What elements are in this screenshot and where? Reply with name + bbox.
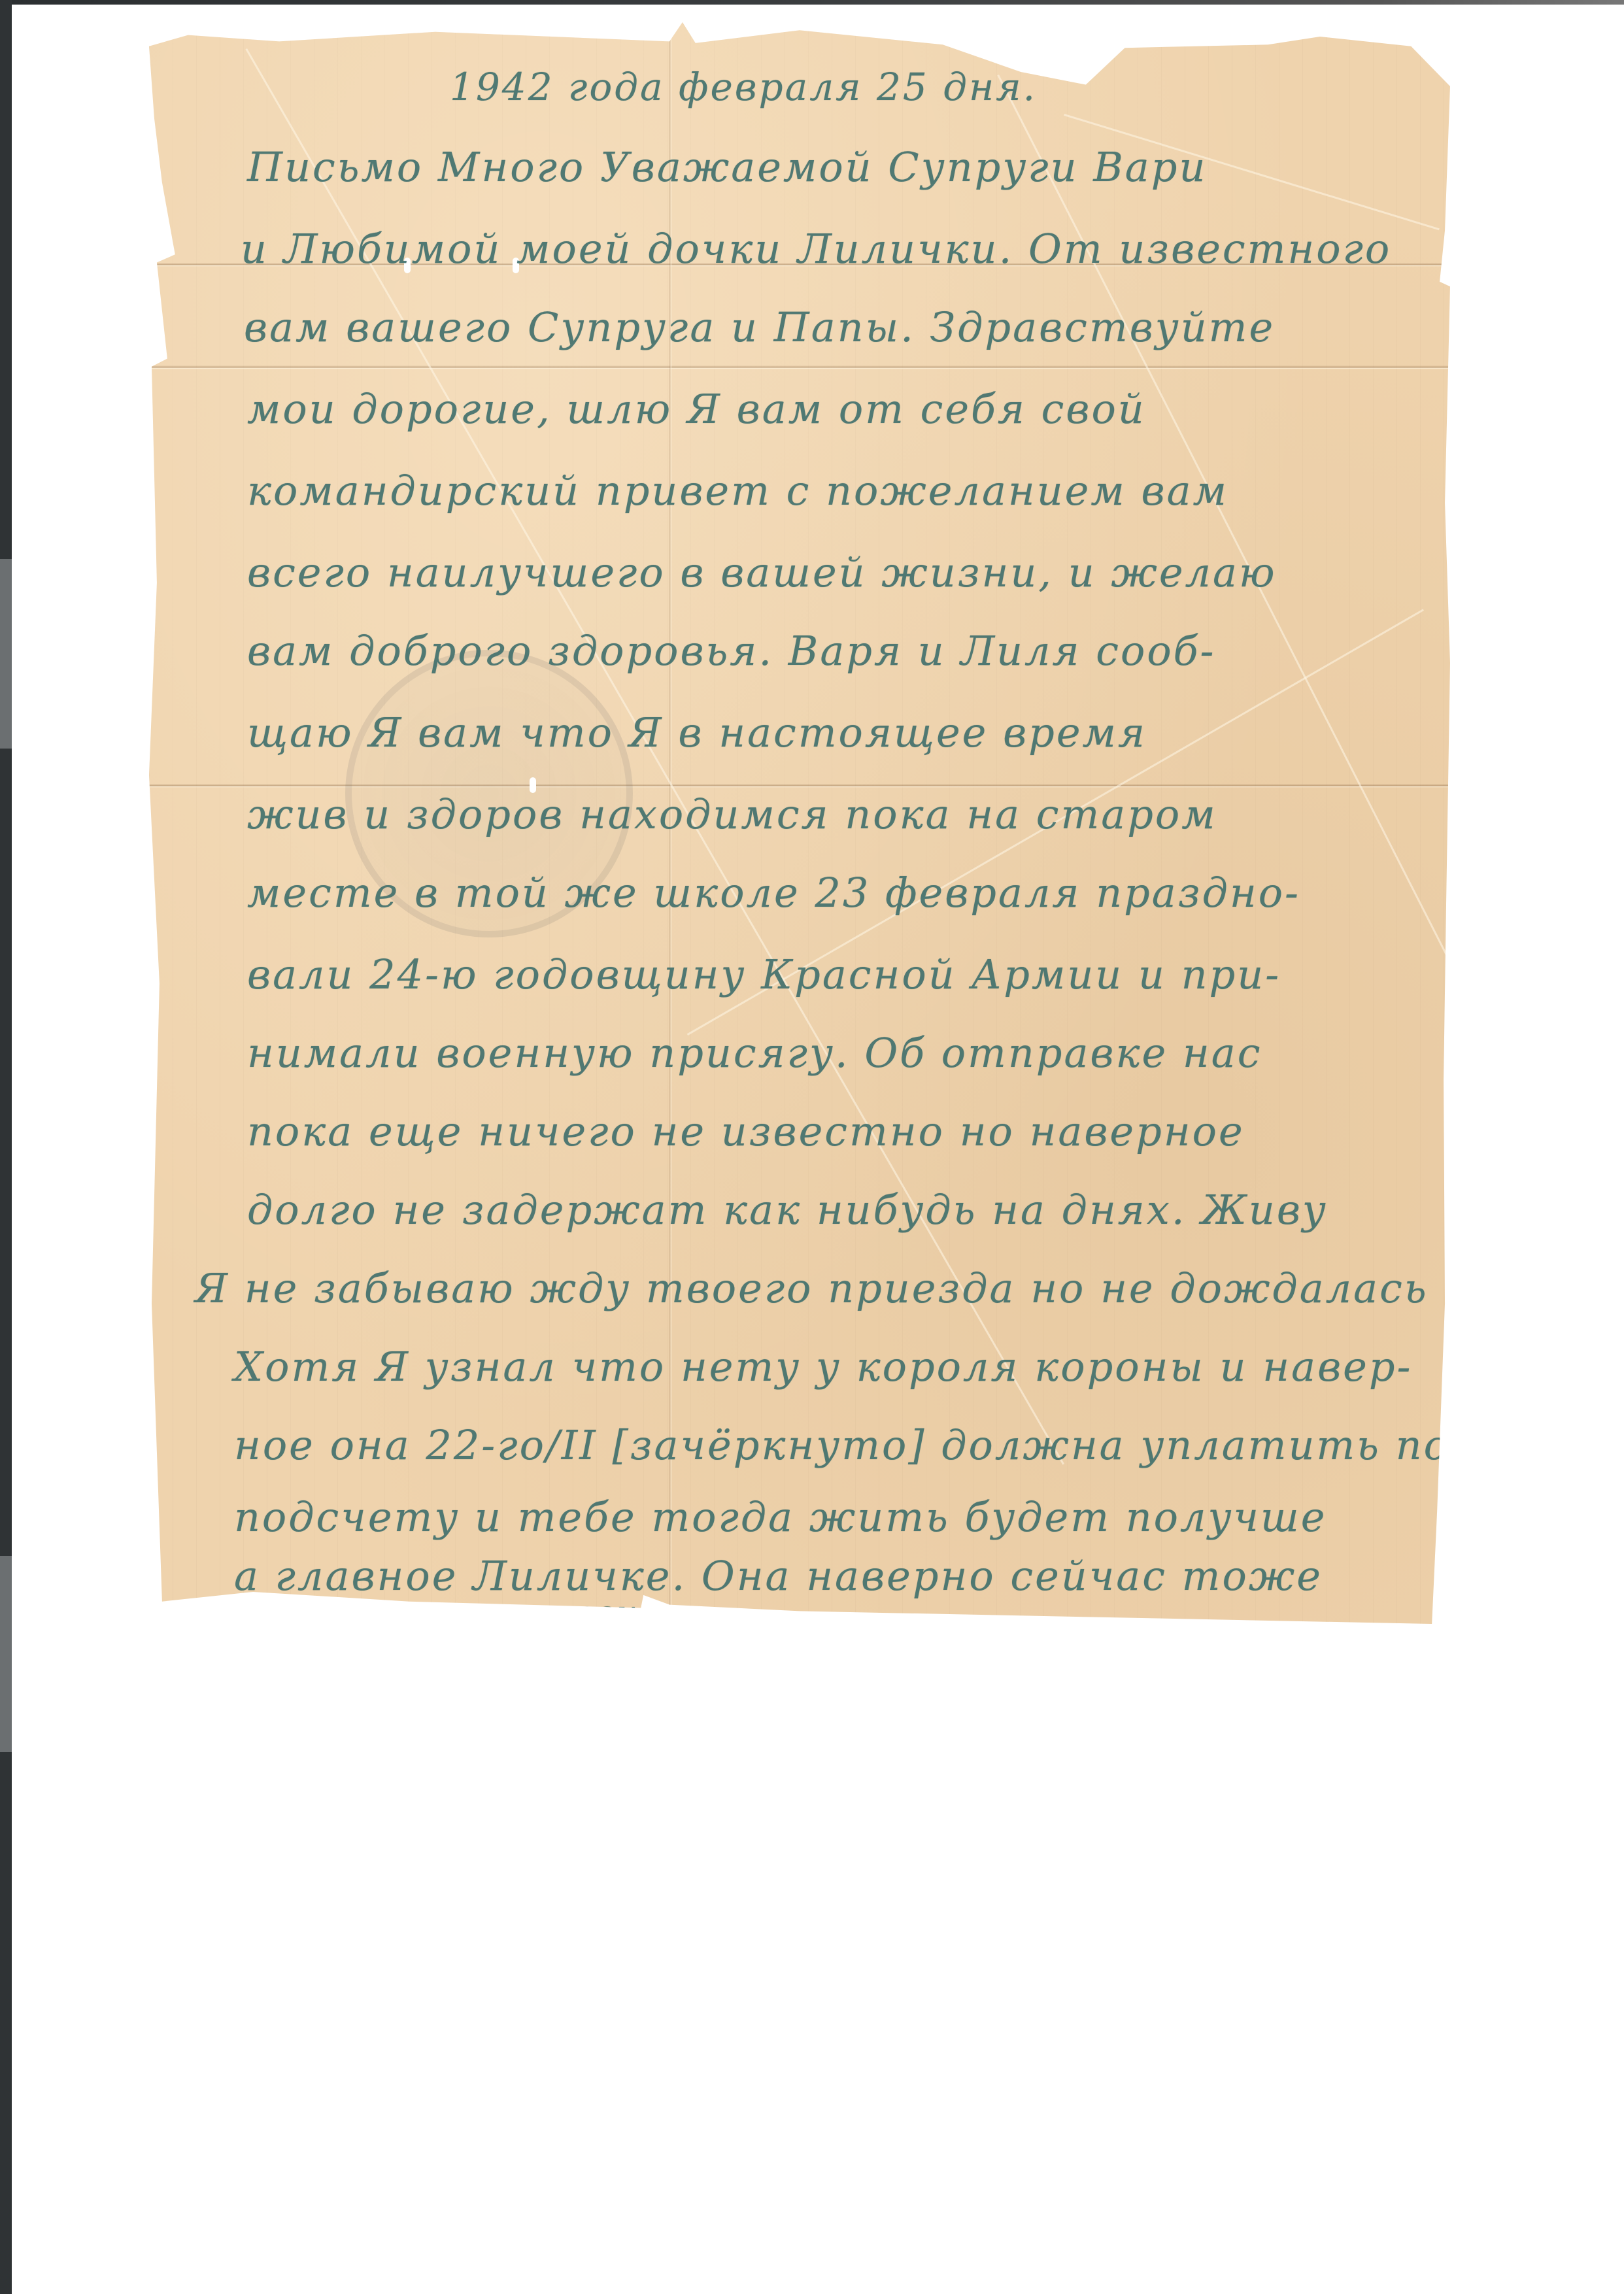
letter-line: мои дорогие, шлю Я вам от себя свой (247, 385, 1146, 433)
fold-line-horizontal (149, 365, 1450, 369)
letter-line: пока еще ничего не известно но наверное (247, 1107, 1245, 1155)
letter-line: долго не задержат как нибудь на днях. Жи… (247, 1186, 1328, 1234)
letter-line: нимали военную присягу. Об отправке нас (247, 1029, 1262, 1077)
letter-line: вам вашего Супруга и Папы. Здравствуйте (244, 303, 1275, 351)
letter-line: ное она 22-го/II [зачёркнуто] должна упл… (234, 1421, 1624, 1469)
scanner-top-edge (0, 0, 1624, 5)
letter-line: командирский привет с пожеланием вам (247, 467, 1228, 514)
letter-final-line: ожидает с нетерпением (237, 1594, 709, 1631)
scanner-edge-highlight (0, 1556, 12, 1752)
letter-line: месте в той же школе 23 февраля праздно- (247, 869, 1300, 917)
letter-line: вам доброго здоровья. Варя и Лиля сооб- (247, 627, 1215, 675)
letter-line: Хотя Я узнал что нету у короля короны и … (234, 1343, 1413, 1391)
letter-line: всего наилучшего в вашей жизни, и желаю (247, 548, 1277, 596)
letter-line: и Любимой моей дочки Лилички. От известн… (241, 225, 1391, 273)
letter-line: щаю Я вам что Я в настоящее время (247, 709, 1147, 756)
scanner-left-edge (0, 0, 12, 2294)
letter-line: вали 24-ю годовщину Красной Армии и при- (247, 951, 1281, 998)
letter-line: Письмо Много Уважаемой Супруги Вари (247, 143, 1207, 191)
letter-date: 1942 года февраля 25 дня. (450, 65, 1037, 109)
letter-paper: 1942 года февраля 25 дня. Письмо Много У… (149, 22, 1450, 1624)
letter-line: Я не забываю жду твоего приезда но не до… (195, 1264, 1429, 1312)
fold-line-horizontal (149, 784, 1450, 788)
letter-line: подсчету и тебе тогда жить будет получше (234, 1493, 1327, 1541)
letter-line: жив и здоров находимся пока на старом (247, 790, 1217, 838)
letter-line: а главное Лиличке. Она наверно сейчас то… (234, 1552, 1323, 1600)
scanner-edge-highlight (0, 559, 12, 749)
